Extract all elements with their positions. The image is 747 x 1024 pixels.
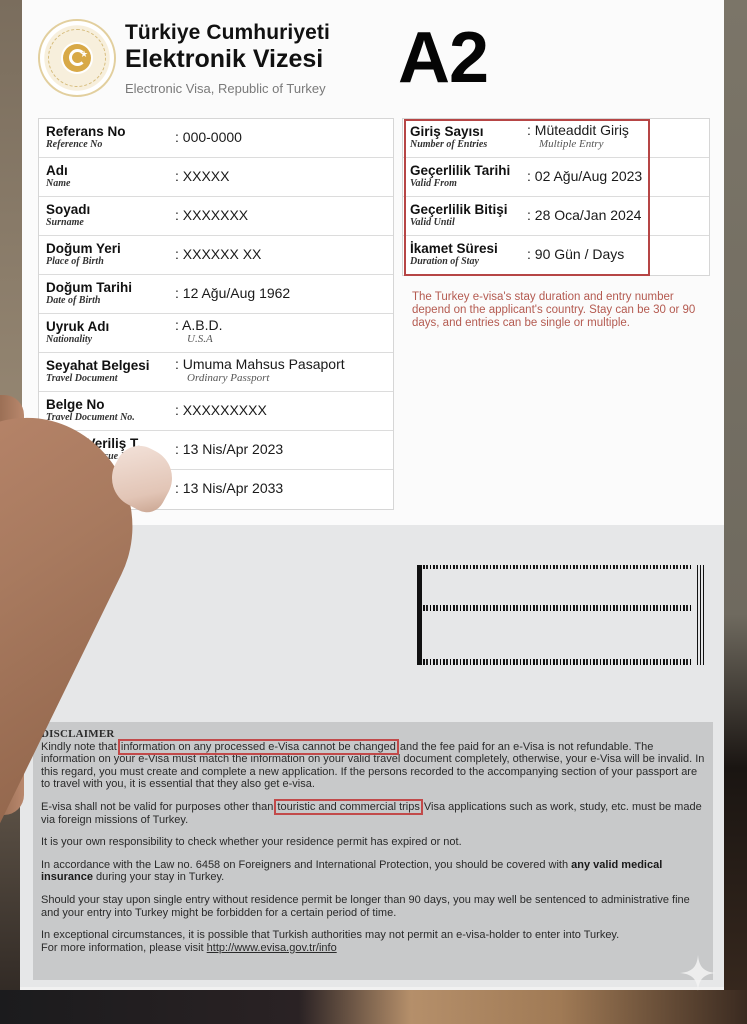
field-nationality: Uyruk AdıNationality : A.B.D. U.S.A <box>39 314 393 353</box>
label-en: Valid Until <box>410 217 508 229</box>
label-en: Duration of Stay <box>410 256 498 268</box>
value-en: U.S.A <box>175 333 222 345</box>
barcode-line <box>423 565 693 569</box>
field-surname: SoyadıSurname : XXXXXXX <box>39 197 393 236</box>
annotation-note: The Turkey e-visa's stay duration and en… <box>412 291 712 330</box>
star-icon: ★ <box>80 50 88 59</box>
turkish-republic-seal-icon: ★ <box>38 19 116 97</box>
label-tr: Adı <box>46 163 70 178</box>
field-name: AdıName : XXXXX <box>39 158 393 197</box>
disclaimer-paragraph: In exceptional circumstances, it is poss… <box>41 929 705 942</box>
barcode <box>417 565 705 665</box>
label-en: Surname <box>46 217 90 229</box>
field-duration-of-stay: İkamet SüresiDuration of Stay : 90 Gün /… <box>403 236 709 275</box>
disclaimer-paragraph: E-visa shall not be valid for purposes o… <box>41 801 705 826</box>
field-value: : 13 Nis/Apr 2023 <box>175 441 283 457</box>
text: during your stay in Turkey. <box>93 871 224 883</box>
text: E-visa shall not be valid for purposes o… <box>41 801 276 813</box>
label-tr: Referans No <box>46 124 126 139</box>
field-value: : A.B.D. U.S.A <box>175 317 222 345</box>
field-value: : 90 Gün / Days <box>527 246 624 262</box>
field-value: : XXXXX <box>175 168 229 184</box>
highlighted-text: touristic and commercial trips <box>276 801 420 813</box>
label-en: Valid From <box>410 178 510 190</box>
background-right <box>724 0 747 1024</box>
barcode-left-bar <box>417 565 422 665</box>
label-en: Reference No <box>46 139 126 151</box>
field-value: : XXXXXXXXX <box>175 402 267 418</box>
label-tr: Geçerlilik Bitişi <box>410 202 508 217</box>
label-tr: Soyadı <box>46 202 90 217</box>
field-valid-from: Geçerlilik TarihiValid From : 02 Ağu/Aug… <box>403 158 709 197</box>
value-en: Multiple Entry <box>527 138 629 150</box>
field-value: : XXXXXXX <box>175 207 248 223</box>
field-value: : Umuma Mahsus Pasaport Ordinary Passpor… <box>175 356 345 384</box>
disclaimer-title: DISCLAIMER <box>41 728 705 741</box>
disclaimer-section: DISCLAIMER Kindly note that information … <box>33 722 713 980</box>
header-subtitle: Electronic Visa, Republic of Turkey <box>125 81 326 96</box>
label-tr: Geçerlilik Tarihi <box>410 163 510 178</box>
field-value: : 02 Ağu/Aug 2023 <box>527 168 642 184</box>
label-tr: Doğum Yeri <box>46 241 121 256</box>
field-value: : 28 Oca/Jan 2024 <box>527 207 641 223</box>
field-value: : Müteaddit Giriş Multiple Entry <box>527 122 629 150</box>
field-value: : 000-0000 <box>175 129 242 145</box>
label-tr: Doğum Tarihi <box>46 280 132 295</box>
barcode-line <box>423 659 693 665</box>
visa-info-table: Giriş SayısıNumber of Entries : Müteaddi… <box>402 118 710 276</box>
label-en: Nationality <box>46 334 109 346</box>
field-reference-no: Referans NoReference No : 000-0000 <box>39 119 393 158</box>
disclaimer-paragraph: Should your stay upon single entry witho… <box>41 894 705 919</box>
text: For more information, please visit <box>41 942 207 954</box>
background-bottom <box>0 990 747 1024</box>
label-tr: Giriş Sayısı <box>410 124 487 139</box>
value-en: Ordinary Passport <box>175 372 345 384</box>
field-number-of-entries: Giriş SayısıNumber of Entries : Müteaddi… <box>403 119 709 158</box>
evisa-link[interactable]: http://www.evisa.gov.tr/info <box>207 942 337 954</box>
highlighted-text: information on any processed e-Visa cann… <box>120 741 397 753</box>
visa-code: A2 <box>398 22 488 94</box>
label-tr: Seyahat Belgesi <box>46 358 150 373</box>
label-en: Date of Birth <box>46 295 132 307</box>
field-travel-document: Seyahat BelgesiTravel Document : Umuma M… <box>39 353 393 392</box>
barcode-right-bars <box>697 565 705 665</box>
header-title-line1: Türkiye Cumhuriyeti <box>125 21 330 45</box>
label-en: Name <box>46 178 70 190</box>
sparkle-icon <box>680 955 716 991</box>
disclaimer-paragraph: Kindly note that information on any proc… <box>41 741 705 791</box>
disclaimer-paragraph: For more information, please visit http:… <box>41 942 705 955</box>
value-tr: Müteaddit Giriş <box>535 122 629 138</box>
text: In accordance with the Law no. 6458 on F… <box>41 859 571 871</box>
label-tr: Belge No <box>46 397 135 412</box>
label-en: Travel Document <box>46 373 150 385</box>
field-value: : 13 Nis/Apr 2033 <box>175 480 283 496</box>
label-tr: Uyruk Adı <box>46 319 109 334</box>
disclaimer-paragraph: In accordance with the Law no. 6458 on F… <box>41 859 705 884</box>
field-place-of-birth: Doğum YeriPlace of Birth : XXXXXX XX <box>39 236 393 275</box>
value-tr: Umuma Mahsus Pasaport <box>183 356 345 372</box>
text: Kindly note that <box>41 741 120 753</box>
label-en: Place of Birth <box>46 256 121 268</box>
barcode-line <box>423 605 693 611</box>
label-tr: İkamet Süresi <box>410 241 498 256</box>
value-tr: A.B.D. <box>182 317 222 333</box>
disclaimer-paragraph: It is your own responsibility to check w… <box>41 836 705 849</box>
field-value: : 12 Ağu/Aug 1962 <box>175 285 290 301</box>
field-value: : XXXXXX XX <box>175 246 261 262</box>
label-en: Number of Entries <box>410 139 487 151</box>
field-date-of-birth: Doğum TarihiDate of Birth : 12 Ağu/Aug 1… <box>39 275 393 314</box>
field-travel-document-no: Belge NoTravel Document No. : XXXXXXXXX <box>39 392 393 431</box>
header-title-line2: Elektronik Vizesi <box>125 45 323 74</box>
field-valid-until: Geçerlilik BitişiValid Until : 28 Oca/Ja… <box>403 197 709 236</box>
